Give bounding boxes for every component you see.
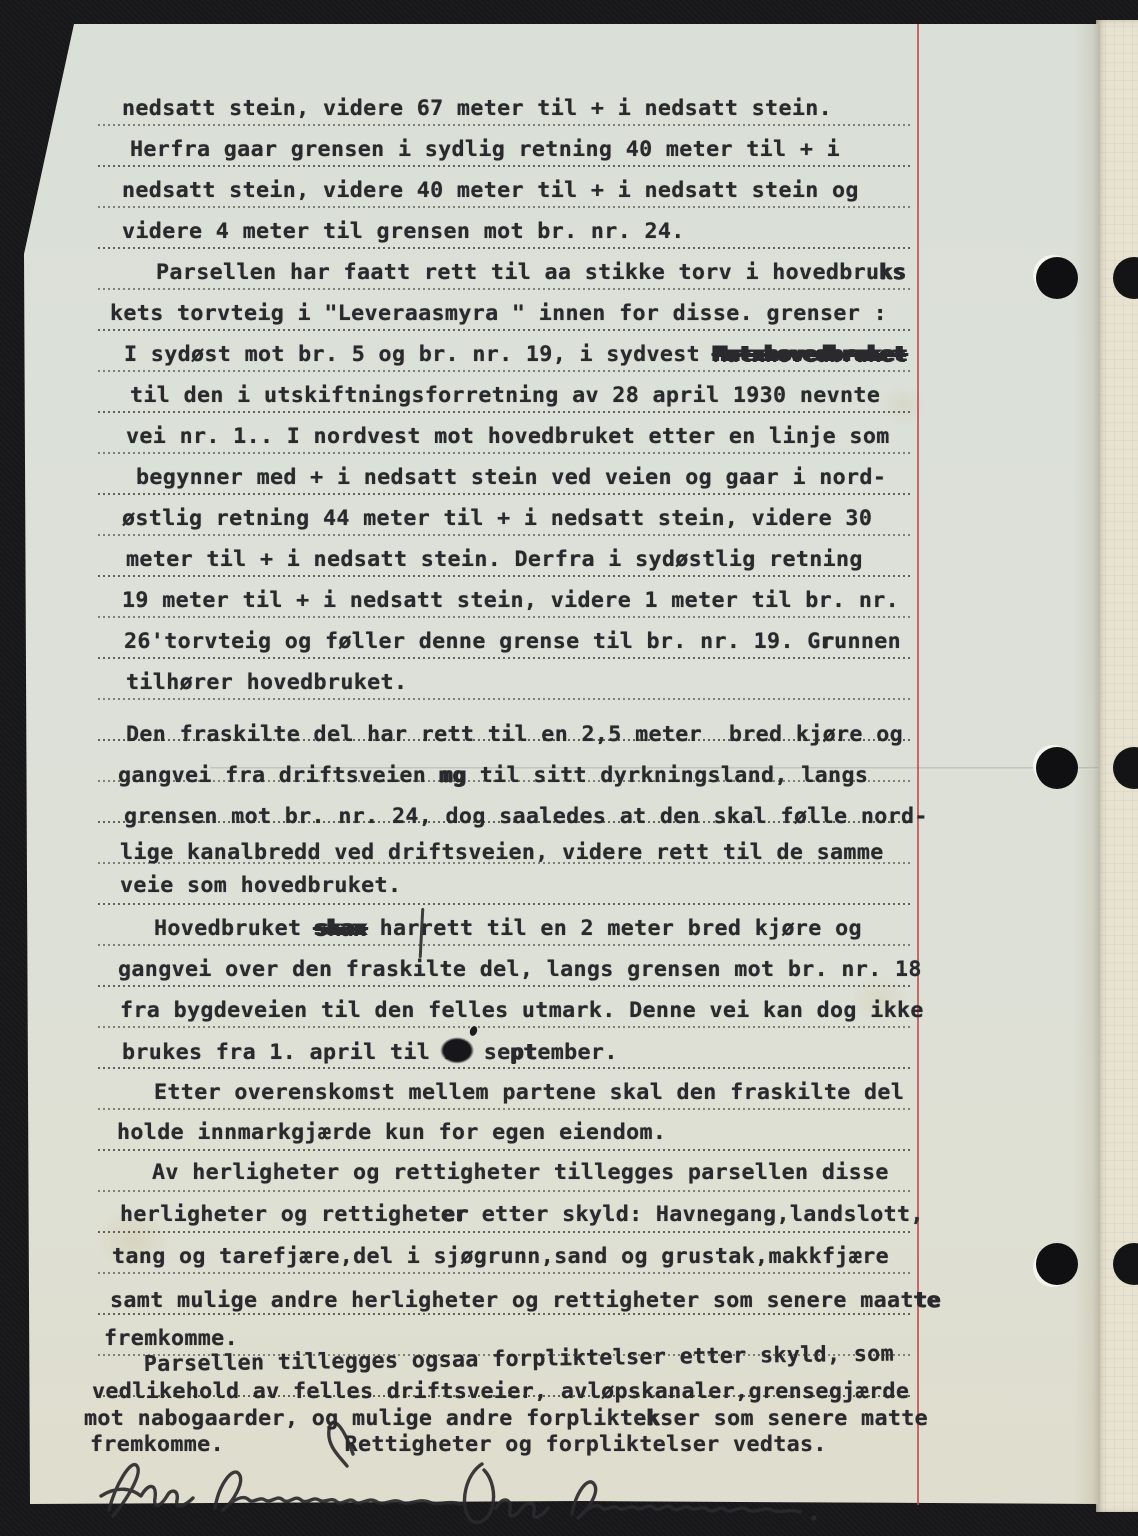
text-segment: vei nr. 1.. I nordvest mot hovedbruket e…: [126, 424, 890, 449]
ruled-line: [98, 985, 910, 987]
text-segment: herligheter og rettighet: [120, 1202, 442, 1227]
red-margin-line: [917, 24, 919, 1505]
text-line: samt mulige andre herligheter og rettigh…: [110, 1288, 941, 1314]
ruled-line: [98, 206, 910, 208]
scanned-page-background: nedsatt stein, videre 67 meter til + i n…: [0, 0, 1138, 1536]
text-segment: fremkomme.: [104, 1326, 238, 1351]
text-segment: tilhører hovedbruket.: [126, 670, 407, 695]
text-segment: Hovedbruket: [154, 916, 315, 941]
text-segment: gangvei fra driftsveien: [118, 763, 440, 788]
text-line: tang og tarefjære,del i sjøgrunn,sand og…: [112, 1244, 889, 1270]
paper-stain: [880, 385, 926, 425]
text-line: brukes fra 1. april til 1. september.: [122, 1040, 618, 1066]
text-segment: samt mulige andre herligheter og rettigh…: [110, 1288, 914, 1313]
text-line: gangvei fra driftsveien mg til sitt dyrk…: [118, 763, 868, 789]
text-line: Hovedbruket skax harrett til en 2 meter …: [154, 916, 862, 942]
ruled-line: [98, 288, 910, 290]
text-line: Av herligheter og rettigheter tillegges …: [152, 1160, 889, 1186]
text-segment: kets torvteig i "Leveraasmyra " innen fo…: [110, 301, 887, 326]
text-segment: 26'torvteig og føller denne grense til b…: [124, 629, 821, 654]
text-line: begynner med + i nedsatt stein ved veien…: [136, 465, 886, 491]
ruled-line: [98, 616, 910, 618]
ruled-line: [98, 1190, 910, 1192]
text-segment: Etter overenskomst mellem partene skal d…: [154, 1080, 904, 1105]
text-segment: veie som hovedbruket.: [120, 873, 401, 898]
text-line: videre 4 meter til grensen mot br. nr. 2…: [122, 219, 685, 245]
text-segment: te: [914, 1288, 941, 1313]
text-line: østlig retning 44 meter til + i nedsatt …: [122, 506, 872, 532]
text-segment: Herfra gaar grensen i sydlig retning 40 …: [130, 137, 840, 162]
text-line: fremkomme.: [104, 1326, 238, 1352]
text-segment: skax: [315, 916, 366, 941]
ruled-line: [98, 165, 910, 167]
text-segment: harrett til en 2 meter bred kjøre og: [366, 916, 862, 941]
text-segment: fra bygdeveien til den felles utmark. De…: [120, 998, 924, 1023]
text-segment: til den i utskiftningsforretning av 28 a…: [130, 383, 880, 408]
text-segment: begynner med + i nedsatt stein ved veien…: [136, 465, 886, 490]
text-line: Parsellen har faatt rett til aa stikke t…: [156, 260, 906, 286]
text-line: gangvei over den fraskilte del, langs gr…: [118, 957, 922, 983]
text-segment: brukes fra 1. april til: [122, 1040, 444, 1065]
signature-hilmar: [452, 1450, 828, 1536]
text-line: holde innmarkgjærde kun for egen eiendom…: [117, 1120, 666, 1146]
ruled-line: [98, 452, 910, 454]
text-segment: lige kanalbredd ved driftsveien, videre …: [120, 840, 884, 865]
ruled-line: [98, 1149, 910, 1151]
text-segment: r: [821, 629, 834, 654]
text-line: kets torvteig i "Leveraasmyra " innen fo…: [110, 301, 887, 327]
text-line: meter til + i nedsatt stein. Derfra i sy…: [126, 547, 863, 573]
punch-hole: [1036, 747, 1078, 789]
text-segment: Mutxhovedbruket: [713, 342, 906, 367]
text-line: vei nr. 1.. I nordvest mot hovedbruket e…: [126, 424, 890, 450]
text-segment: til sitt dyrkningsland, langs: [466, 763, 868, 788]
ruled-line: [98, 534, 910, 536]
text-segment: holde innmarkgjærde kun for egen eiendom…: [117, 1120, 666, 1145]
text-line: nedsatt stein, videre 40 meter til + i n…: [122, 178, 859, 204]
ruled-line: [98, 575, 910, 577]
text-segment: etter skyld: Havnegang,landslott,: [468, 1202, 924, 1227]
text-segment: videre 4 meter til grensen mot br. nr. 2…: [122, 219, 685, 244]
text-segment: Den fraskilte del har rett til en 2,5 me…: [126, 722, 903, 747]
ruled-line: [98, 944, 910, 946]
text-line: lige kanalbredd ved driftsveien, videre …: [120, 840, 884, 866]
ruled-line: [98, 1231, 910, 1233]
text-segment: gangvei over den fraskilte del, langs gr…: [118, 957, 922, 982]
text-segment: østlig retning 44 meter til + i nedsatt …: [122, 506, 872, 531]
text-segment: Av herligheter og rettigheter tillegges …: [152, 1160, 889, 1185]
punch-hole: [1036, 257, 1078, 299]
text-line: grensen mot br. nr. 24, dog saaledes at …: [124, 804, 928, 830]
ruled-line: [98, 657, 910, 659]
ruled-line: [98, 493, 910, 495]
ruled-line: [98, 247, 910, 249]
ruled-line: [98, 903, 910, 905]
text-segment: meter til + i nedsatt stein. Derfra i sy…: [126, 547, 863, 572]
paper-edge-shade: [1074, 24, 1100, 1504]
text-line: nedsatt stein, videre 67 meter til + i n…: [122, 96, 832, 122]
text-segment: tang og tarefjære,del i sjøgrunn,sand og…: [112, 1244, 889, 1269]
text-line: Etter overenskomst mellem partene skal d…: [154, 1080, 904, 1106]
text-segment: unnen: [834, 629, 901, 654]
text-segment: mg: [440, 763, 467, 788]
ruled-line: [98, 1108, 910, 1110]
text-segment: nedsatt stein, videre 40 meter til + i n…: [122, 178, 859, 203]
text-segment: 19 meter til + i nedsatt stein, videre 1…: [122, 588, 899, 613]
text-line: 26'torvteig og føller denne grense til b…: [124, 629, 901, 655]
ruled-line: [98, 124, 910, 126]
ruled-line: [98, 329, 910, 331]
ruled-line: [98, 1272, 910, 1274]
ink-blot: 1.: [444, 1040, 471, 1065]
text-segment: I sydøst mot br. 5 og br. nr. 19, i sydv…: [124, 342, 713, 367]
text-segment: Parsellen har faatt rett til aa stikke t…: [156, 260, 879, 285]
text-line: 19 meter til + i nedsatt stein, videre 1…: [122, 588, 899, 614]
ruled-line: [98, 1026, 910, 1028]
text-line: veie som hovedbruket.: [120, 873, 401, 899]
ruled-line: [98, 698, 910, 700]
text-segment: ember.: [537, 1040, 617, 1065]
text-line: Den fraskilte del har rett til en 2,5 me…: [126, 722, 903, 748]
text-line: fra bygdeveien til den felles utmark. De…: [120, 998, 924, 1024]
punch-hole: [1036, 1243, 1078, 1285]
ruled-line: [98, 370, 910, 372]
text-segment: ks: [879, 260, 906, 285]
text-segment: nedsatt stein, videre 67 meter til + i n…: [122, 96, 832, 121]
signature-hans: [95, 1398, 485, 1530]
text-segment: grensen mot br. nr. 24, dog saaledes at …: [124, 804, 928, 829]
text-line: tilhører hovedbruket.: [126, 670, 407, 696]
ruled-line: [98, 411, 910, 413]
text-line: herligheter og rettigheter etter skyld: …: [120, 1202, 924, 1228]
text-line: I sydøst mot br. 5 og br. nr. 19, i sydv…: [124, 342, 906, 368]
text-line: til den i utskiftningsforretning av 28 a…: [130, 383, 880, 409]
text-line: Herfra gaar grensen i sydlig retning 40 …: [130, 137, 840, 163]
text-segment: ser som senere matte: [660, 1406, 928, 1431]
text-segment: er: [442, 1202, 469, 1227]
ruled-line: [98, 1067, 910, 1069]
text-segment: k: [647, 1406, 660, 1431]
text-segment: pt: [511, 1040, 538, 1065]
